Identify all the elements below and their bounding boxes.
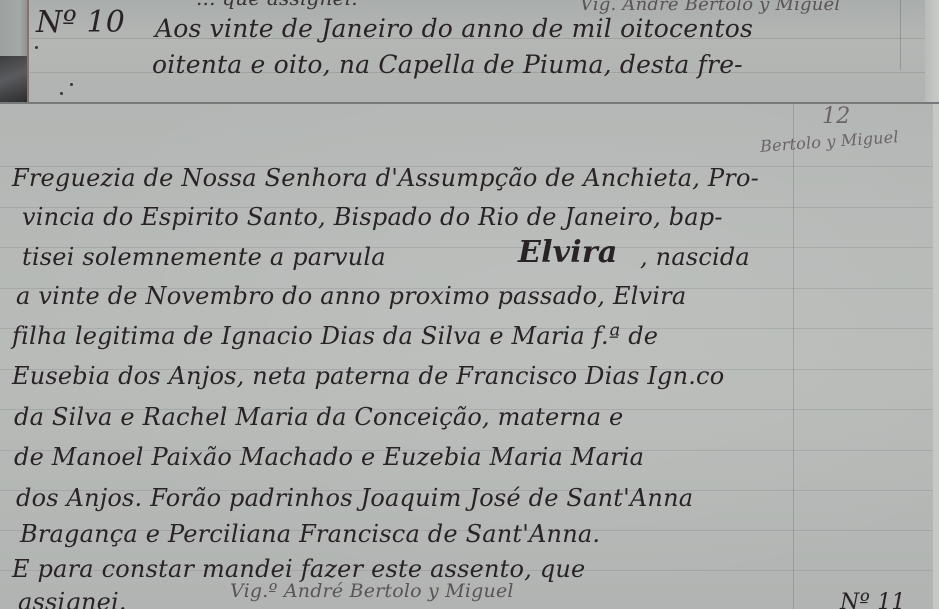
previous-entry-cutoff-text: ... que assignei. xyxy=(196,0,358,8)
previous-page-strip: ... que assignei. Vig. André Bertolo y M… xyxy=(0,0,939,102)
entry-body-line-6: Eusebia dos Anjos, neta paterna de Franc… xyxy=(12,364,724,388)
entry-body-line-9: dos Anjos. Forão padrinhos Joaquim José … xyxy=(16,486,693,510)
entry-body-line-1: Freguezia de Nossa Senhora d'Assumpção d… xyxy=(12,166,759,190)
binding-shadow xyxy=(0,56,28,102)
entry-body-line-4: a vinte de Novembro do anno proximo pass… xyxy=(16,284,686,308)
register-page: 12 Bertolo y Miguel Freguezia de Nossa S… xyxy=(0,104,939,609)
folio-number: 12 xyxy=(822,106,850,128)
entry-body-line-2: vincia do Espirito Santo, Bispado do Rio… xyxy=(22,205,723,229)
entry-body-line-3-suffix: , nascida xyxy=(640,245,750,269)
entry-body-line-7: da Silva e Rachel Maria da Conceição, ma… xyxy=(14,405,623,429)
previous-entry-signature: Vig. André Bertolo y Miguel xyxy=(580,0,840,14)
scanned-register-page: ... que assignei. Vig. André Bertolo y M… xyxy=(0,0,939,609)
binding-edge-line xyxy=(27,0,29,102)
entry-body-line-10: Bragança e Perciliana Francisca de Sant'… xyxy=(20,522,600,546)
entry-number: Nº 10 xyxy=(36,8,125,38)
page-right-edge xyxy=(925,0,939,102)
entry-body-line-12: assignei. xyxy=(18,590,127,609)
margin-rule xyxy=(900,0,901,70)
child-name: Elvira xyxy=(518,238,618,268)
entry-body-line-5: filha legitima de Ignacio Dias da Silva … xyxy=(12,324,658,348)
entry-header-line-2: oitenta e oito, na Capella de Piuma, des… xyxy=(152,52,743,77)
next-entry-fragment: Nº 11 xyxy=(840,592,906,609)
margin-rule xyxy=(793,104,794,609)
entry-body-line-8: de Manoel Paixão Machado e Euzebia Maria… xyxy=(14,445,644,469)
entry-body-line-3: tisei solemnemente a parvula xyxy=(22,245,386,269)
ink-speck xyxy=(35,46,38,49)
vicar-signature: Vig.º André Bertolo y Miguel xyxy=(230,582,514,601)
margin-note-surname: Bertolo y Miguel xyxy=(760,129,900,155)
entry-body-line-11: E para constar mandei fazer este assento… xyxy=(12,557,585,581)
entry-header-line-1: Aos vinte de Janeiro do anno de mil oito… xyxy=(155,16,753,41)
ink-speck xyxy=(70,83,73,86)
ink-speck xyxy=(60,92,63,95)
page-right-edge xyxy=(933,104,939,609)
